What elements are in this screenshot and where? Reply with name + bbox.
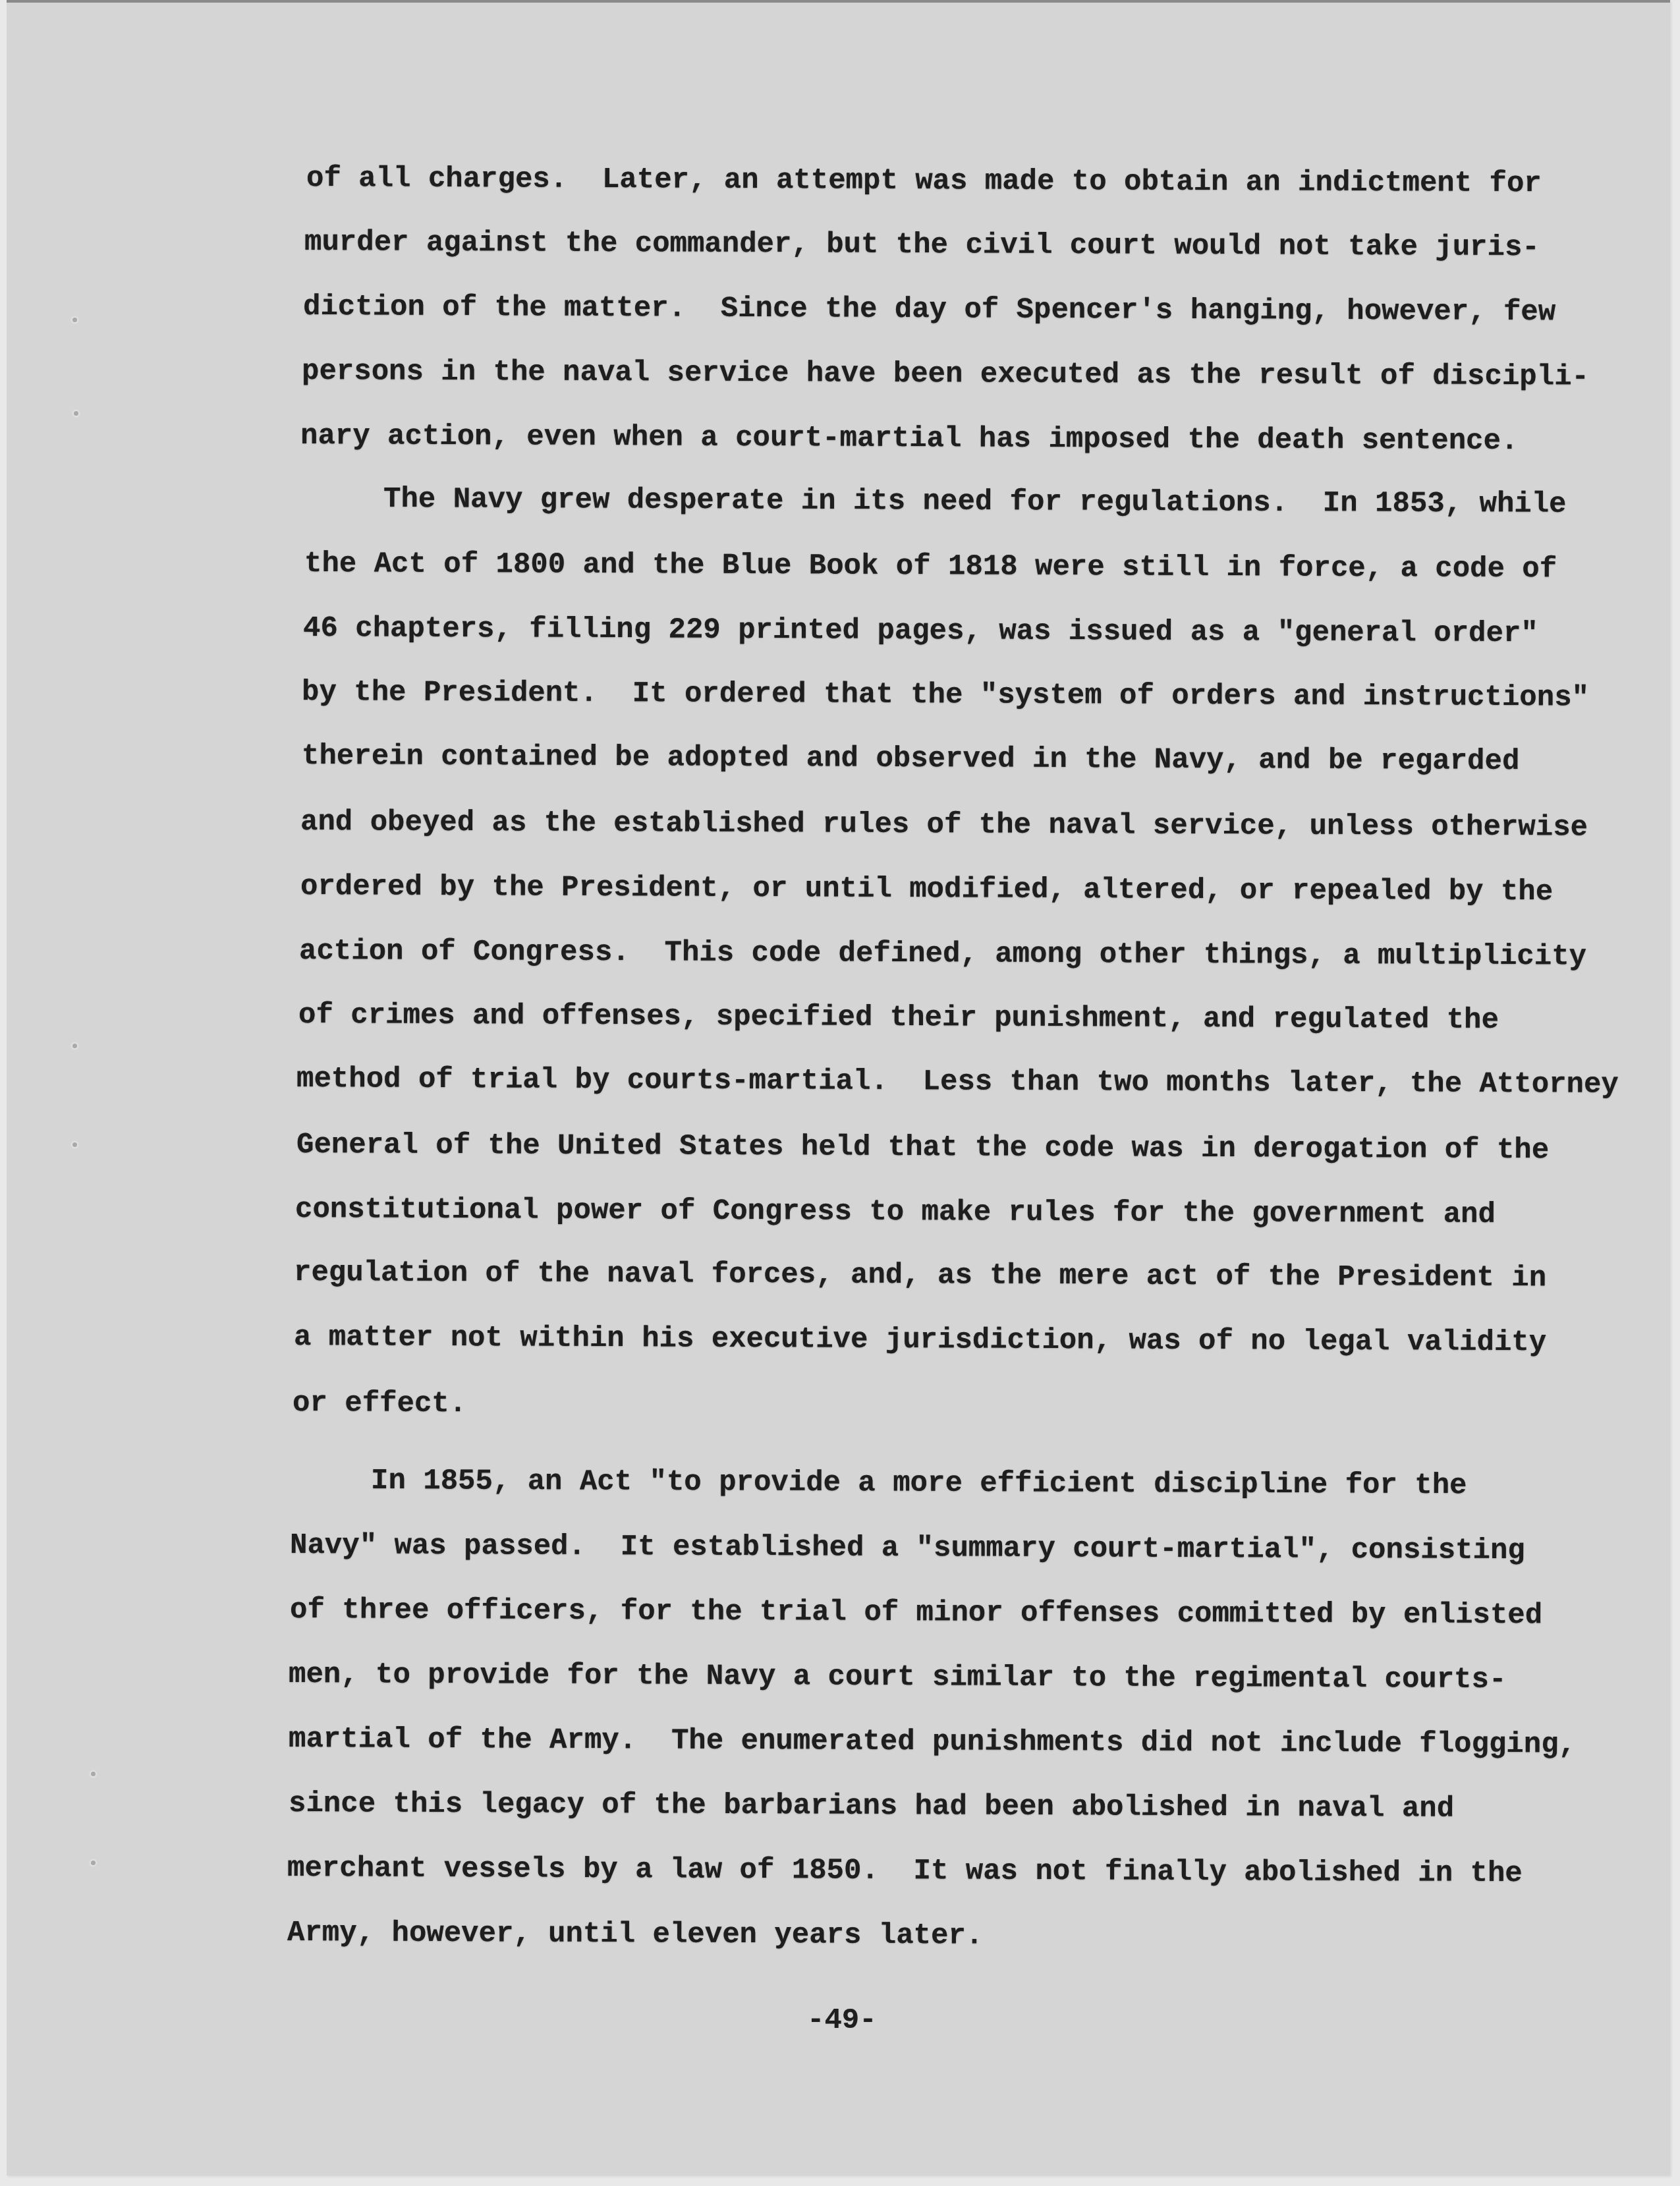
- page-number: -49-: [807, 2004, 877, 2037]
- text-line: or effect.: [293, 1389, 466, 1418]
- text-line: martial of the Army. The enumerated puni…: [289, 1725, 1576, 1760]
- text-line: regulation of the naval forces, and, as …: [294, 1258, 1546, 1293]
- text-line: diction of the matter. Since the day of …: [303, 293, 1555, 327]
- document-page: of all charges. Later, an attempt was ma…: [7, 0, 1670, 2175]
- text-line: of crimes and offenses, specified their …: [298, 1001, 1499, 1035]
- text-line: Army, however, until eleven years later.: [287, 1919, 983, 1951]
- body-text: of all charges. Later, an attempt was ma…: [7, 3, 1670, 2175]
- text-line: 46 chapters, filling 229 printed pages, …: [303, 614, 1538, 648]
- text-line: nary action, even when a court-martial h…: [300, 422, 1518, 456]
- text-line: since this legacy of the barbarians had …: [289, 1789, 1454, 1824]
- text-line: the Act of 1800 and the Blue Book of 181…: [304, 549, 1557, 584]
- text-line: persons in the naval service have been e…: [302, 357, 1589, 392]
- text-line: merchant vessels by a law of 1850. It wa…: [287, 1854, 1523, 1888]
- text-line: General of the United States held that t…: [296, 1131, 1549, 1165]
- text-line: and obeyed as the established rules of t…: [300, 808, 1588, 843]
- text-line: men, to provide for the Navy a court sim…: [289, 1660, 1506, 1695]
- text-line: therein contained be adopted and observe…: [302, 742, 1519, 776]
- text-line: of all charges. Later, an attempt was ma…: [306, 164, 1542, 198]
- text-line: constitutional power of Congress to make…: [295, 1195, 1496, 1229]
- text-line: a matter not within his executive jurisd…: [294, 1323, 1546, 1357]
- text-line: The Navy grew desperate in its need for …: [383, 485, 1567, 519]
- text-line: ordered by the President, or until modif…: [300, 872, 1553, 907]
- text-line: method of trial by courts-martial. Less …: [296, 1065, 1619, 1100]
- text-line: Navy" was passed. It established a "summ…: [290, 1531, 1525, 1565]
- text-line: murder against the commander, but the ci…: [304, 228, 1540, 262]
- text-line: action of Congress. This code defined, a…: [299, 937, 1586, 972]
- text-line: of three officers, for the trial of mino…: [290, 1596, 1542, 1630]
- text-line: In 1855, an Act "to provide a more effic…: [371, 1467, 1467, 1500]
- text-line: by the President. It ordered that the "s…: [302, 678, 1589, 713]
